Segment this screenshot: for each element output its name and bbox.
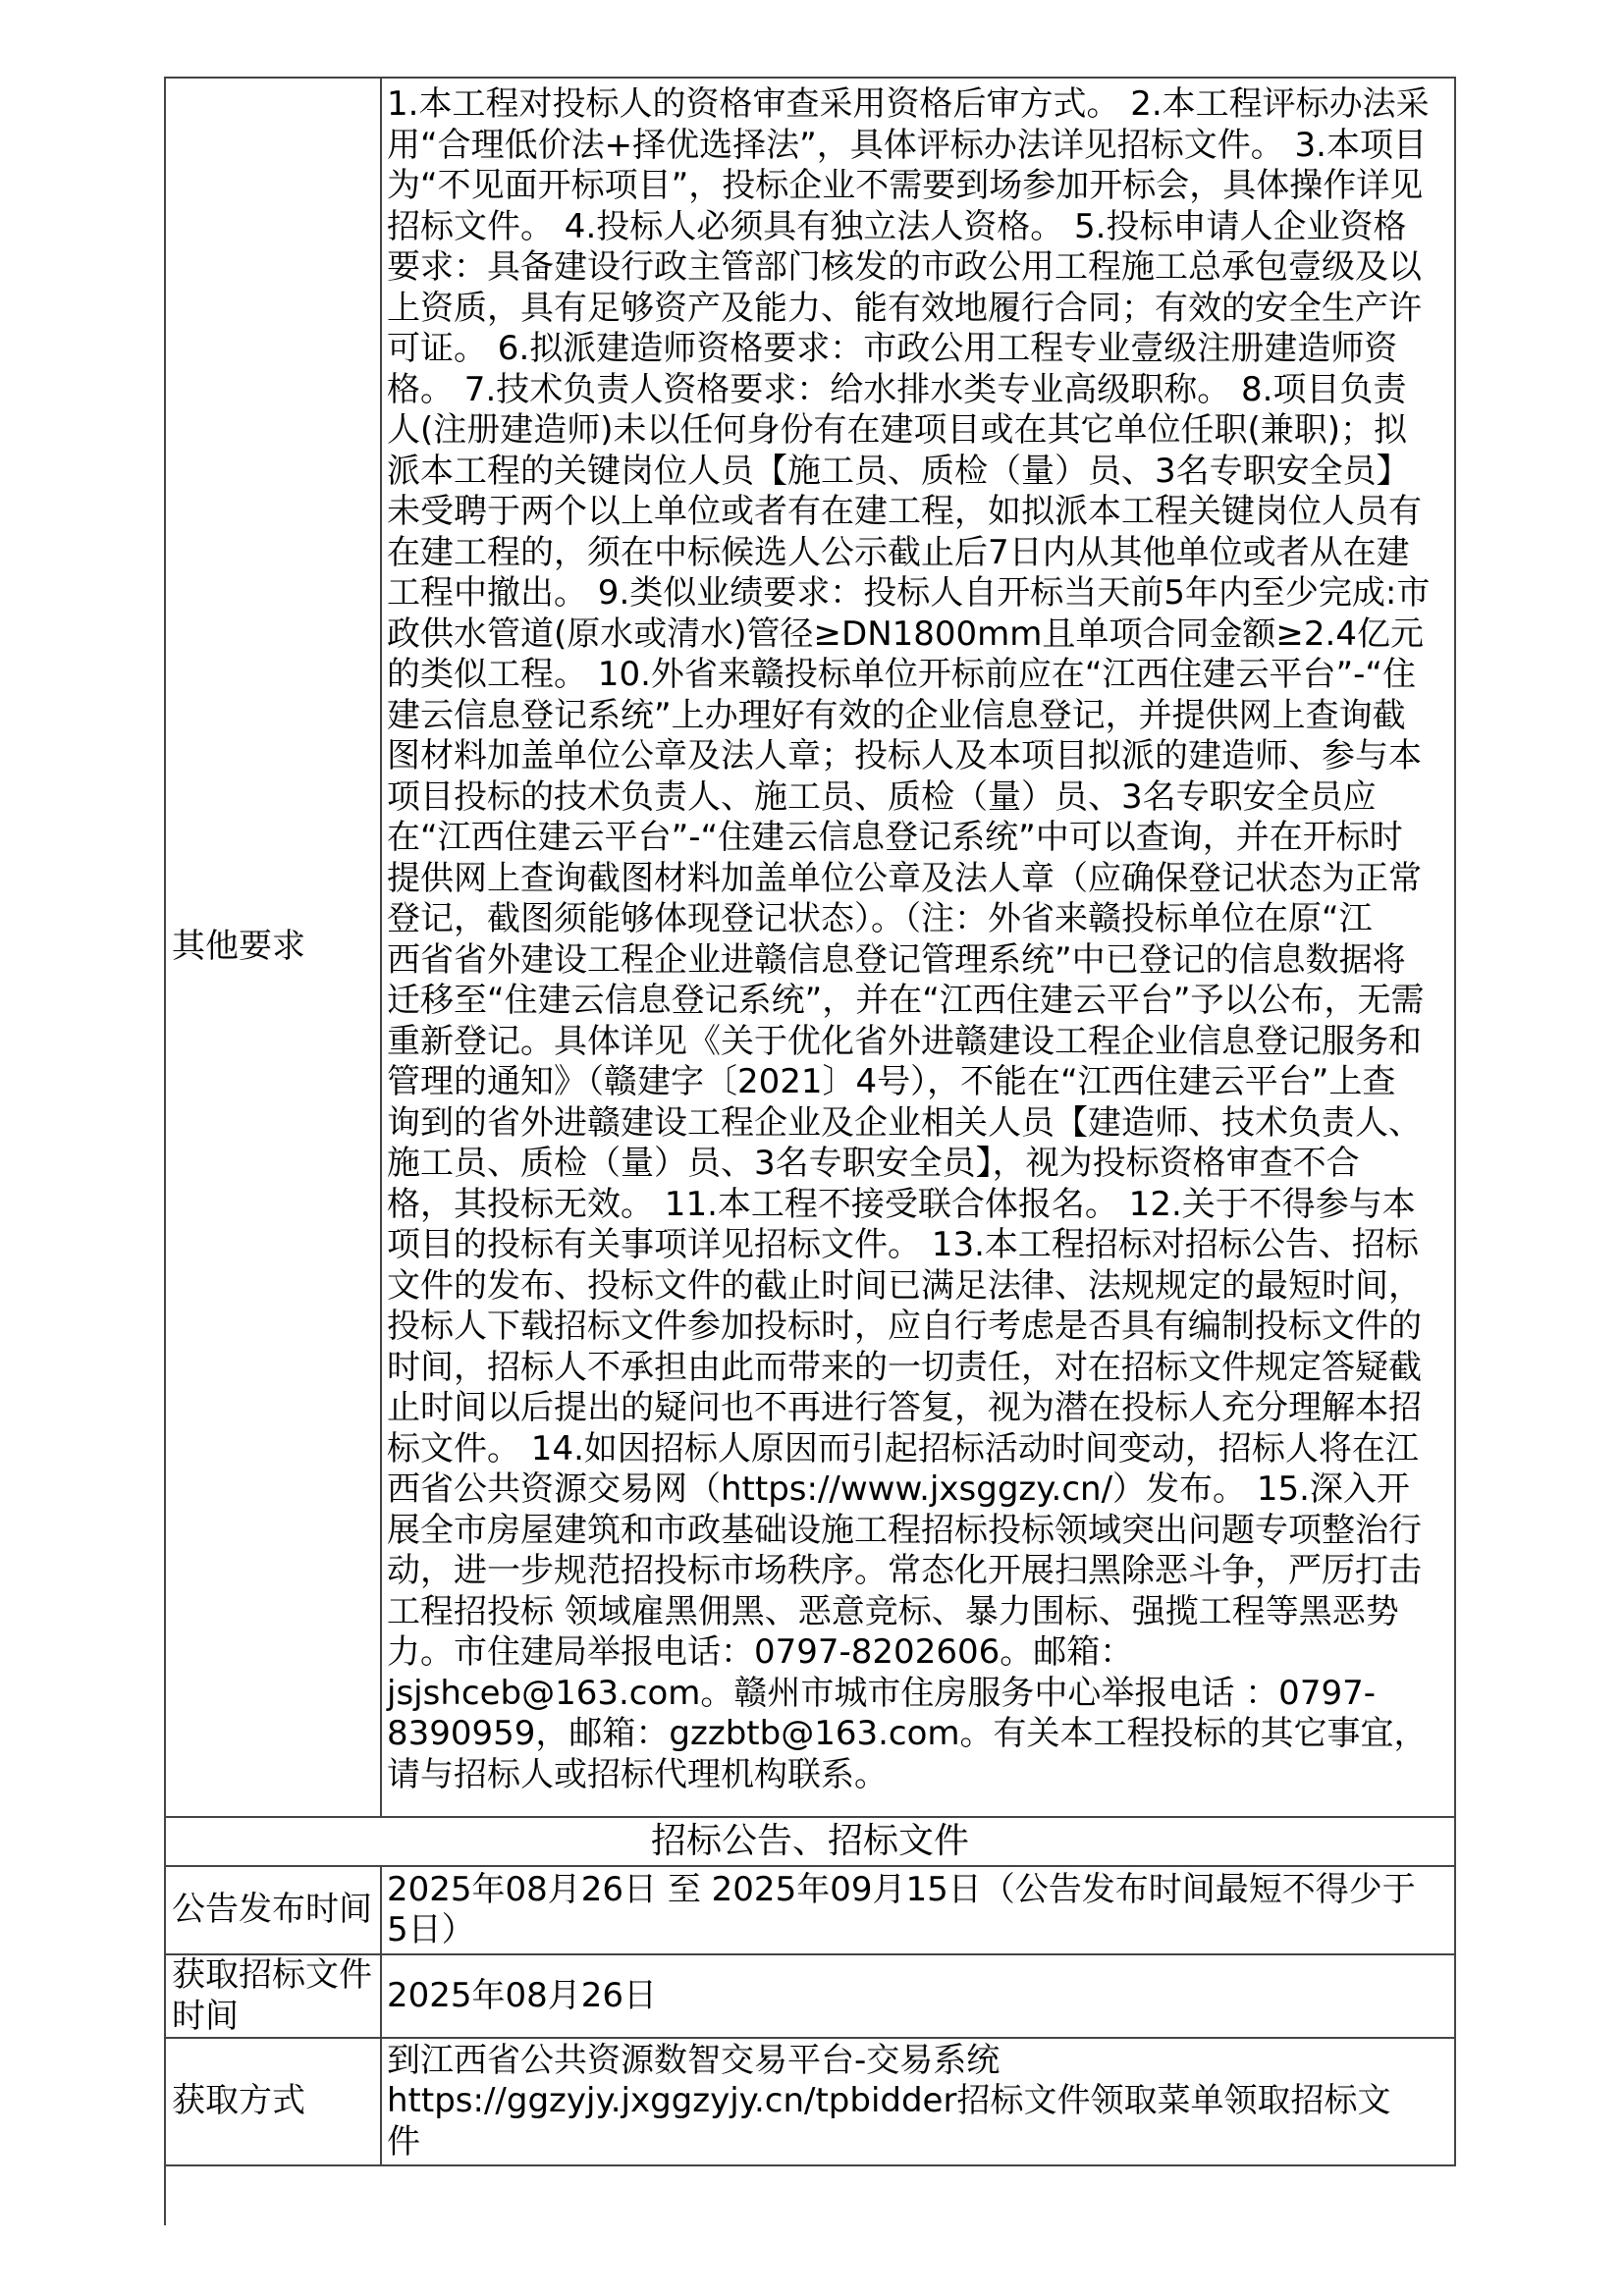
tender-info-table: 其他要求 1.本工程对投标人的资格审查采用资格后审方式。 2.本工程评标办法采 …	[164, 77, 1456, 2166]
next-row-left-border	[164, 2166, 166, 2225]
section-header-row: 招标公告、招标文件	[166, 1816, 1454, 1865]
announcement-period-value: 2025年08月26日 至 2025年09月15日（公告发布时间最短不得少于 5…	[382, 1867, 1454, 1953]
obtain-method-row: 获取方式 到江西省公共资源数智交易平台-交易系统 https://ggzyjy.…	[166, 2037, 1454, 2164]
document-obtain-time-row: 获取招标文件 时间 2025年08月26日	[166, 1953, 1454, 2037]
announcement-period-label: 公告发布时间	[166, 1867, 382, 1953]
document-obtain-time-label: 获取招标文件 时间	[166, 1955, 382, 2037]
obtain-method-label: 获取方式	[166, 2039, 382, 2164]
announcement-period-row: 公告发布时间 2025年08月26日 至 2025年09月15日（公告发布时间最…	[166, 1865, 1454, 1953]
section-header-title: 招标公告、招标文件	[651, 1819, 969, 1864]
other-requirements-row: 其他要求 1.本工程对投标人的资格审查采用资格后审方式。 2.本工程评标办法采 …	[166, 79, 1454, 1816]
document-obtain-time-value: 2025年08月26日	[382, 1955, 1454, 2037]
other-requirements-label: 其他要求	[166, 79, 382, 1816]
obtain-method-value: 到江西省公共资源数智交易平台-交易系统 https://ggzyjy.jxggz…	[382, 2039, 1454, 2164]
other-requirements-text: 1.本工程对投标人的资格审查采用资格后审方式。 2.本工程评标办法采 用“合理低…	[382, 79, 1454, 1816]
document-page: 其他要求 1.本工程对投标人的资格审查采用资格后审方式。 2.本工程评标办法采 …	[0, 0, 1623, 2296]
